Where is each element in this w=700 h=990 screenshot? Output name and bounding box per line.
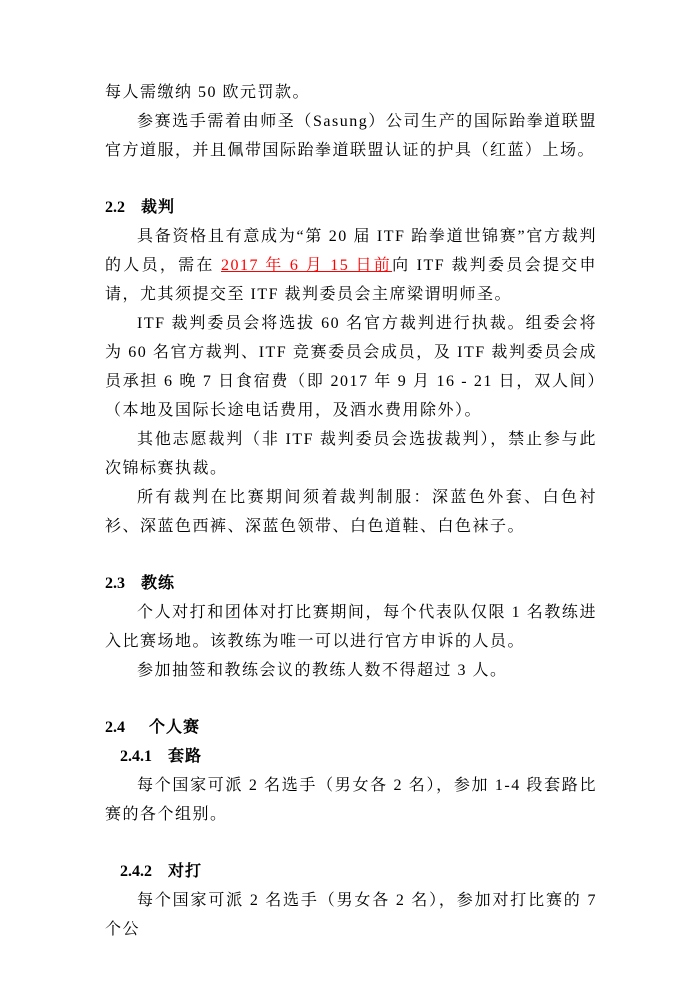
section-title: 对打 [168,863,202,880]
paragraph-patterns-entry: 每个国家可派 2 名选手（男女各 2 名），参加 1-4 段套路比赛的各个组别。 [105,771,597,829]
paragraph-fine-continuation: 每人需缴纳 50 欧元罚款。 [105,78,597,107]
paragraph-coach-meeting: 参加抽签和教练会议的教练人数不得超过 3 人。 [105,656,597,685]
paragraph-referee-uniform: 所有裁判在比赛期间须着裁判制服：深蓝色外套、白色衬衫、深蓝色西裤、深蓝色领带、白… [105,483,597,541]
section-number: 2.4.1 [120,742,152,771]
section-title: 教练 [141,575,175,592]
section-number: 2.4 [105,713,125,742]
section-number: 2.2 [105,193,125,222]
paragraph-referee-application: 具备资格且有意成为“第 20 届 ITF 跆拳道世锦赛”官方裁判的人员，需在 2… [105,222,597,309]
paragraph-coach-limit: 个人对打和团体对打比赛期间，每个代表队仅限 1 名教练进入比赛场地。该教练为唯一… [105,598,597,656]
paragraph-uniform-requirement: 参赛选手需着由师圣（Sasung）公司生产的国际跆拳道联盟官方道服，并且佩带国际… [105,107,597,165]
section-title: 套路 [168,748,202,765]
section-number: 2.3 [105,569,125,598]
section-title: 裁判 [141,199,175,216]
paragraph-sparring-entry: 每个国家可派 2 名选手（男女各 2 名），参加对打比赛的 7 个公 [105,886,597,944]
subsection-heading-2-4-1-patterns: 2.4.1套路 [120,742,597,771]
section-number: 2.4.2 [120,857,152,886]
paragraph-referee-selection: ITF 裁判委员会将选拔 60 名官方裁判进行执裁。组委会将为 60 名官方裁判… [105,309,597,425]
deadline-highlight: 2017 年 6 月 15 日前 [221,257,392,274]
document-page: 每人需缴纳 50 欧元罚款。 参赛选手需着由师圣（Sasung）公司生产的国际跆… [0,0,700,990]
paragraph-volunteer-referees: 其他志愿裁判（非 ITF 裁判委员会选拔裁判），禁止参与此次锦标赛执裁。 [105,425,597,483]
section-heading-2-4-individual: 2.4个人赛 [105,713,597,742]
section-heading-2-2-referees: 2.2裁判 [105,193,597,222]
subsection-heading-2-4-2-sparring: 2.4.2对打 [120,857,597,886]
section-title: 个人赛 [149,719,200,736]
section-heading-2-3-coaches: 2.3教练 [105,569,597,598]
